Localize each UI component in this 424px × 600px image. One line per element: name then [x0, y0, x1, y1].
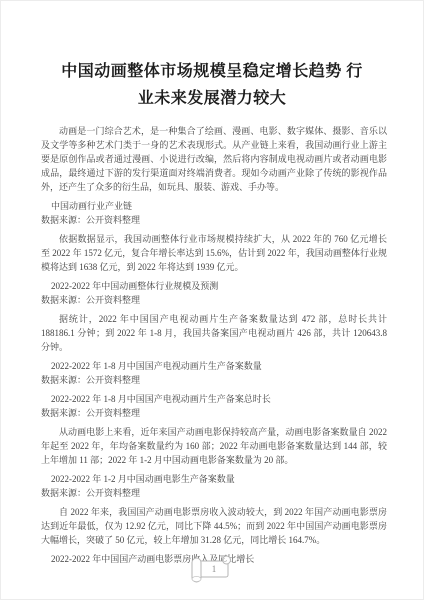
document-page: 中国动画整体市场规模呈稳定增长趋势 行业未来发展潜力较大 动画是一门综合艺术，是… — [0, 0, 424, 600]
intro-paragraph: 动画是一门综合艺术，是一种集合了绘画、漫画、电影、数字媒体、摄影、音乐以及文学等… — [41, 124, 387, 194]
box-office-paragraph: 自 2022 年来，我国国产动画电影票房收入波动较大，到 2022 年国产动画电… — [41, 505, 387, 547]
figure-caption-market-forecast: 2022-2022 年中国动画整体行业规模及预测 — [41, 279, 387, 293]
data-source-note: 数据来源：公开资料整理 — [41, 213, 387, 227]
figure-caption-film-filings: 2022-2022 年 1-2 月中国动画电影生产备案数量 — [41, 472, 387, 486]
page-number: 1 — [212, 564, 217, 574]
page-number-badge: 1 — [189, 553, 235, 587]
market-scale-paragraph: 依据数据显示，我国动画整体行业市场规模持续扩大，从 2022 年的 760 亿元… — [41, 232, 387, 274]
data-source-note: 数据来源：公开资料整理 — [41, 293, 387, 307]
figure-caption-filing-count: 2022-2022 年 1-8 月中国国产电视动画片生产备案数量 — [41, 359, 387, 373]
tv-animation-paragraph: 据统计，2022 年中国国产电视动画片生产备案数量达到 472 部，总时长共计 … — [41, 312, 387, 354]
data-source-note: 数据来源：公开资料整理 — [41, 406, 387, 420]
film-filing-paragraph: 从动画电影上来看，近年来国产动画电影保持较高产量，动画电影备案数量自 2022 … — [41, 425, 387, 467]
document-body: 动画是一门综合艺术，是一种集合了绘画、漫画、电影、数字媒体、摄影、音乐以及文学等… — [1, 112, 423, 566]
figure-caption-filing-duration: 2022-2022 年 1-8 月中国国产电视动画片生产备案总时长 — [41, 392, 387, 406]
data-source-note: 数据来源：公开资料整理 — [41, 373, 387, 387]
figure-caption-industry-chain: 中国动画行业产业链 — [41, 199, 387, 213]
page-scroll-icon: 1 — [189, 553, 235, 587]
data-source-note: 数据来源：公开资料整理 — [41, 486, 387, 500]
document-title: 中国动画整体市场规模呈稳定增长趋势 行业未来发展潜力较大 — [57, 1, 367, 112]
